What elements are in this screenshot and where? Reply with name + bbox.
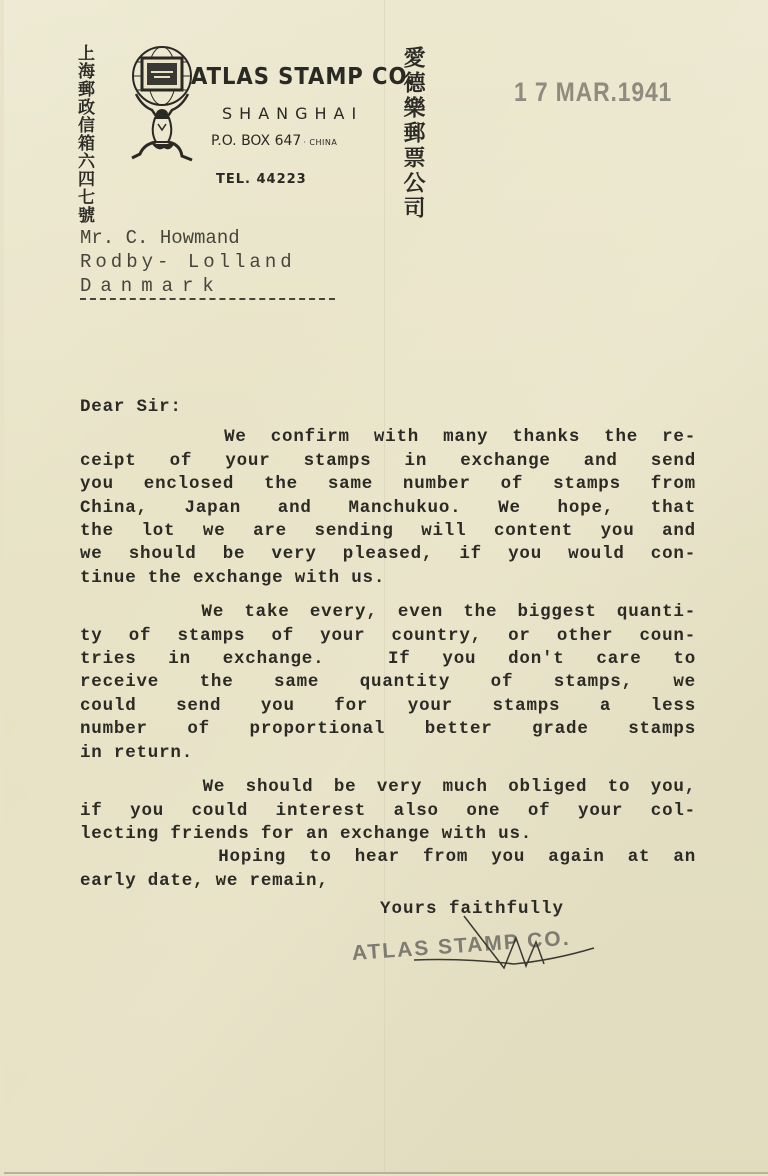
company-name: ATLAS STAMP CO. <box>191 64 416 90</box>
chinese-company-name: 愛德樂郵票公司 <box>400 46 424 221</box>
atlas-holding-globe-icon <box>122 44 202 166</box>
body-line: ceipt of your stamps in exchange and sen… <box>80 450 696 473</box>
chinese-address-text: 上海郵政信箱六四七號 <box>74 44 94 224</box>
body-line: if you could interest also one of your c… <box>80 800 696 823</box>
body-line: the lot we are sending will content you … <box>80 520 696 543</box>
body-line: number of proportional better grade stam… <box>80 718 696 741</box>
recipient-country: Danmark <box>80 274 335 298</box>
recipient-name: Mr. C. Howmand <box>80 226 335 250</box>
body-line: in return. <box>80 742 696 765</box>
body-line: you enclosed the same number of stamps f… <box>80 473 696 496</box>
body-line: Hoping to hear from you again at an <box>80 846 696 869</box>
address-underline <box>80 298 335 300</box>
company-country: · CHINA <box>303 138 337 147</box>
body-line: we should be very pleased, if you would … <box>80 543 696 566</box>
letter-body: Dear Sir: We confirm with many thanks th… <box>80 396 696 893</box>
body-line: We confirm with many thanks the re- <box>80 426 696 449</box>
body-line: ty of stamps of your country, or other c… <box>80 625 696 648</box>
body-line: We should be very much obliged to you, <box>80 776 696 799</box>
letter-paper: 上海郵政信箱六四七號 ATLAS STAMP CO. SHANGHAI P.O.… <box>4 0 768 1174</box>
body-line: tinue the exchange with us. <box>80 567 696 590</box>
po-box-number: P.O. BOX 647 <box>211 133 301 149</box>
body-line: could send you for your stamps a less <box>80 695 696 718</box>
body-line: China, Japan and Manchukuo. We hope, tha… <box>80 497 696 520</box>
company-po-box: P.O. BOX 647· CHINA <box>211 133 337 149</box>
company-city: SHANGHAI <box>222 104 363 123</box>
company-telephone: TEL. 44223 <box>216 172 307 187</box>
recipient-address: Mr. C. Howmand Rodby- Lolland Danmark <box>80 226 335 300</box>
recipient-town: Rodby- Lolland <box>80 250 335 274</box>
salutation: Dear Sir: <box>80 396 696 419</box>
date-stamp: 1 7 MAR.1941 <box>514 77 672 108</box>
body-line: lecting friends for an exchange with us. <box>80 823 696 846</box>
body-line: receive the same quantity of stamps, we <box>80 671 696 694</box>
body-line: We take every, even the biggest quanti- <box>80 601 696 624</box>
handwritten-signature-icon <box>404 908 604 978</box>
body-line: early date, we remain, <box>80 870 696 893</box>
body-line: tries in exchange. If you don't care to <box>80 648 696 671</box>
